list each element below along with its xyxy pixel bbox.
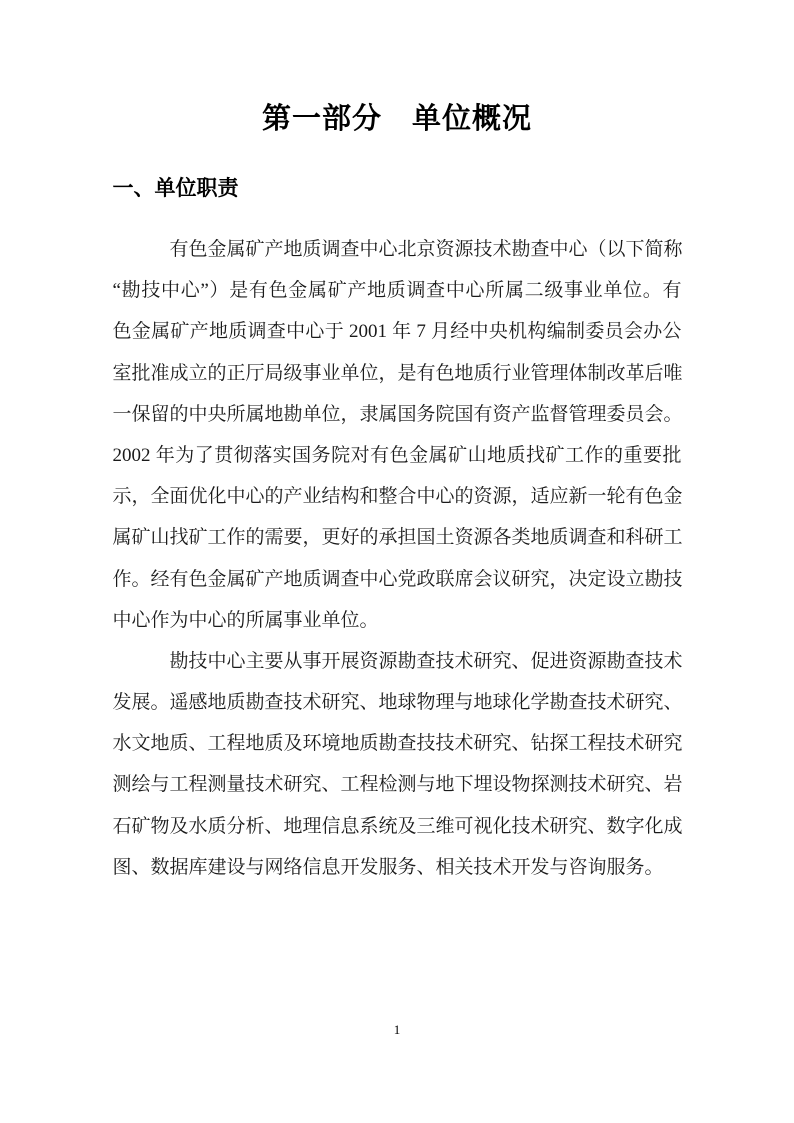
document-page: 第一部分 单位概况 一、单位职责 有色金属矿产地质调查中心北京资源技术勘查中心（… (0, 0, 794, 1123)
document-title: 第一部分 单位概况 (113, 0, 682, 140)
text-line: 属矿山找矿工作的需要，更好的承担国土资源各类地质调查和科研工 (113, 517, 682, 558)
text-line: 图、数据库建设与网络信息开发服务、相关技术开发与咨询服务。 (113, 847, 682, 888)
section-heading: 一、单位职责 (113, 174, 682, 203)
text-line: 2002 年为了贯彻落实国务院对有色金属矿山地质找矿工作的重要批 (113, 435, 682, 476)
page-content: 第一部分 单位概况 一、单位职责 有色金属矿产地质调查中心北京资源技术勘查中心（… (113, 0, 682, 888)
text-line: 测绘与工程测量技术研究、工程检测与地下埋设物探测技术研究、岩 (113, 764, 682, 805)
text-line: 勘技中心主要从事开展资源勘查技术研究、促进资源勘查技术 (113, 641, 682, 682)
paragraph: 有色金属矿产地质调查中心北京资源技术勘查中心（以下简称“勘技中心”）是有色金属矿… (113, 229, 682, 641)
paragraph: 勘技中心主要从事开展资源勘查技术研究、促进资源勘查技术发展。遥感地质勘查技术研究… (113, 641, 682, 888)
text-line: 发展。遥感地质勘查技术研究、地球物理与地球化学勘查技术研究、 (113, 682, 682, 723)
text-line: 有色金属矿产地质调查中心北京资源技术勘查中心（以下简称 (113, 229, 682, 270)
text-line: 中心作为中心的所属事业单位。 (113, 600, 682, 641)
text-line: 示，全面优化中心的产业结构和整合中心的资源，适应新一轮有色金 (113, 476, 682, 517)
text-line: 石矿物及水质分析、地理信息系统及三维可视化技术研究、数字化成 (113, 806, 682, 847)
text-line: “勘技中心”）是有色金属矿产地质调查中心所属二级事业单位。有 (113, 270, 682, 311)
page-number: 1 (0, 1021, 794, 1039)
text-line: 一保留的中央所属地勘单位，隶属国务院国有资产监督管理委员会。 (113, 394, 682, 435)
text-line: 色金属矿产地质调查中心于 2001 年 7 月经中央机构编制委员会办公 (113, 311, 682, 352)
document-body: 有色金属矿产地质调查中心北京资源技术勘查中心（以下简称“勘技中心”）是有色金属矿… (113, 229, 682, 888)
text-line: 室批准成立的正厅局级事业单位，是有色地质行业管理体制改革后唯 (113, 353, 682, 394)
text-line: 作。经有色金属矿产地质调查中心党政联席会议研究，决定设立勘技 (113, 559, 682, 600)
text-line: 水文地质、工程地质及环境地质勘查技技术研究、钻探工程技术研究、 (113, 723, 682, 764)
